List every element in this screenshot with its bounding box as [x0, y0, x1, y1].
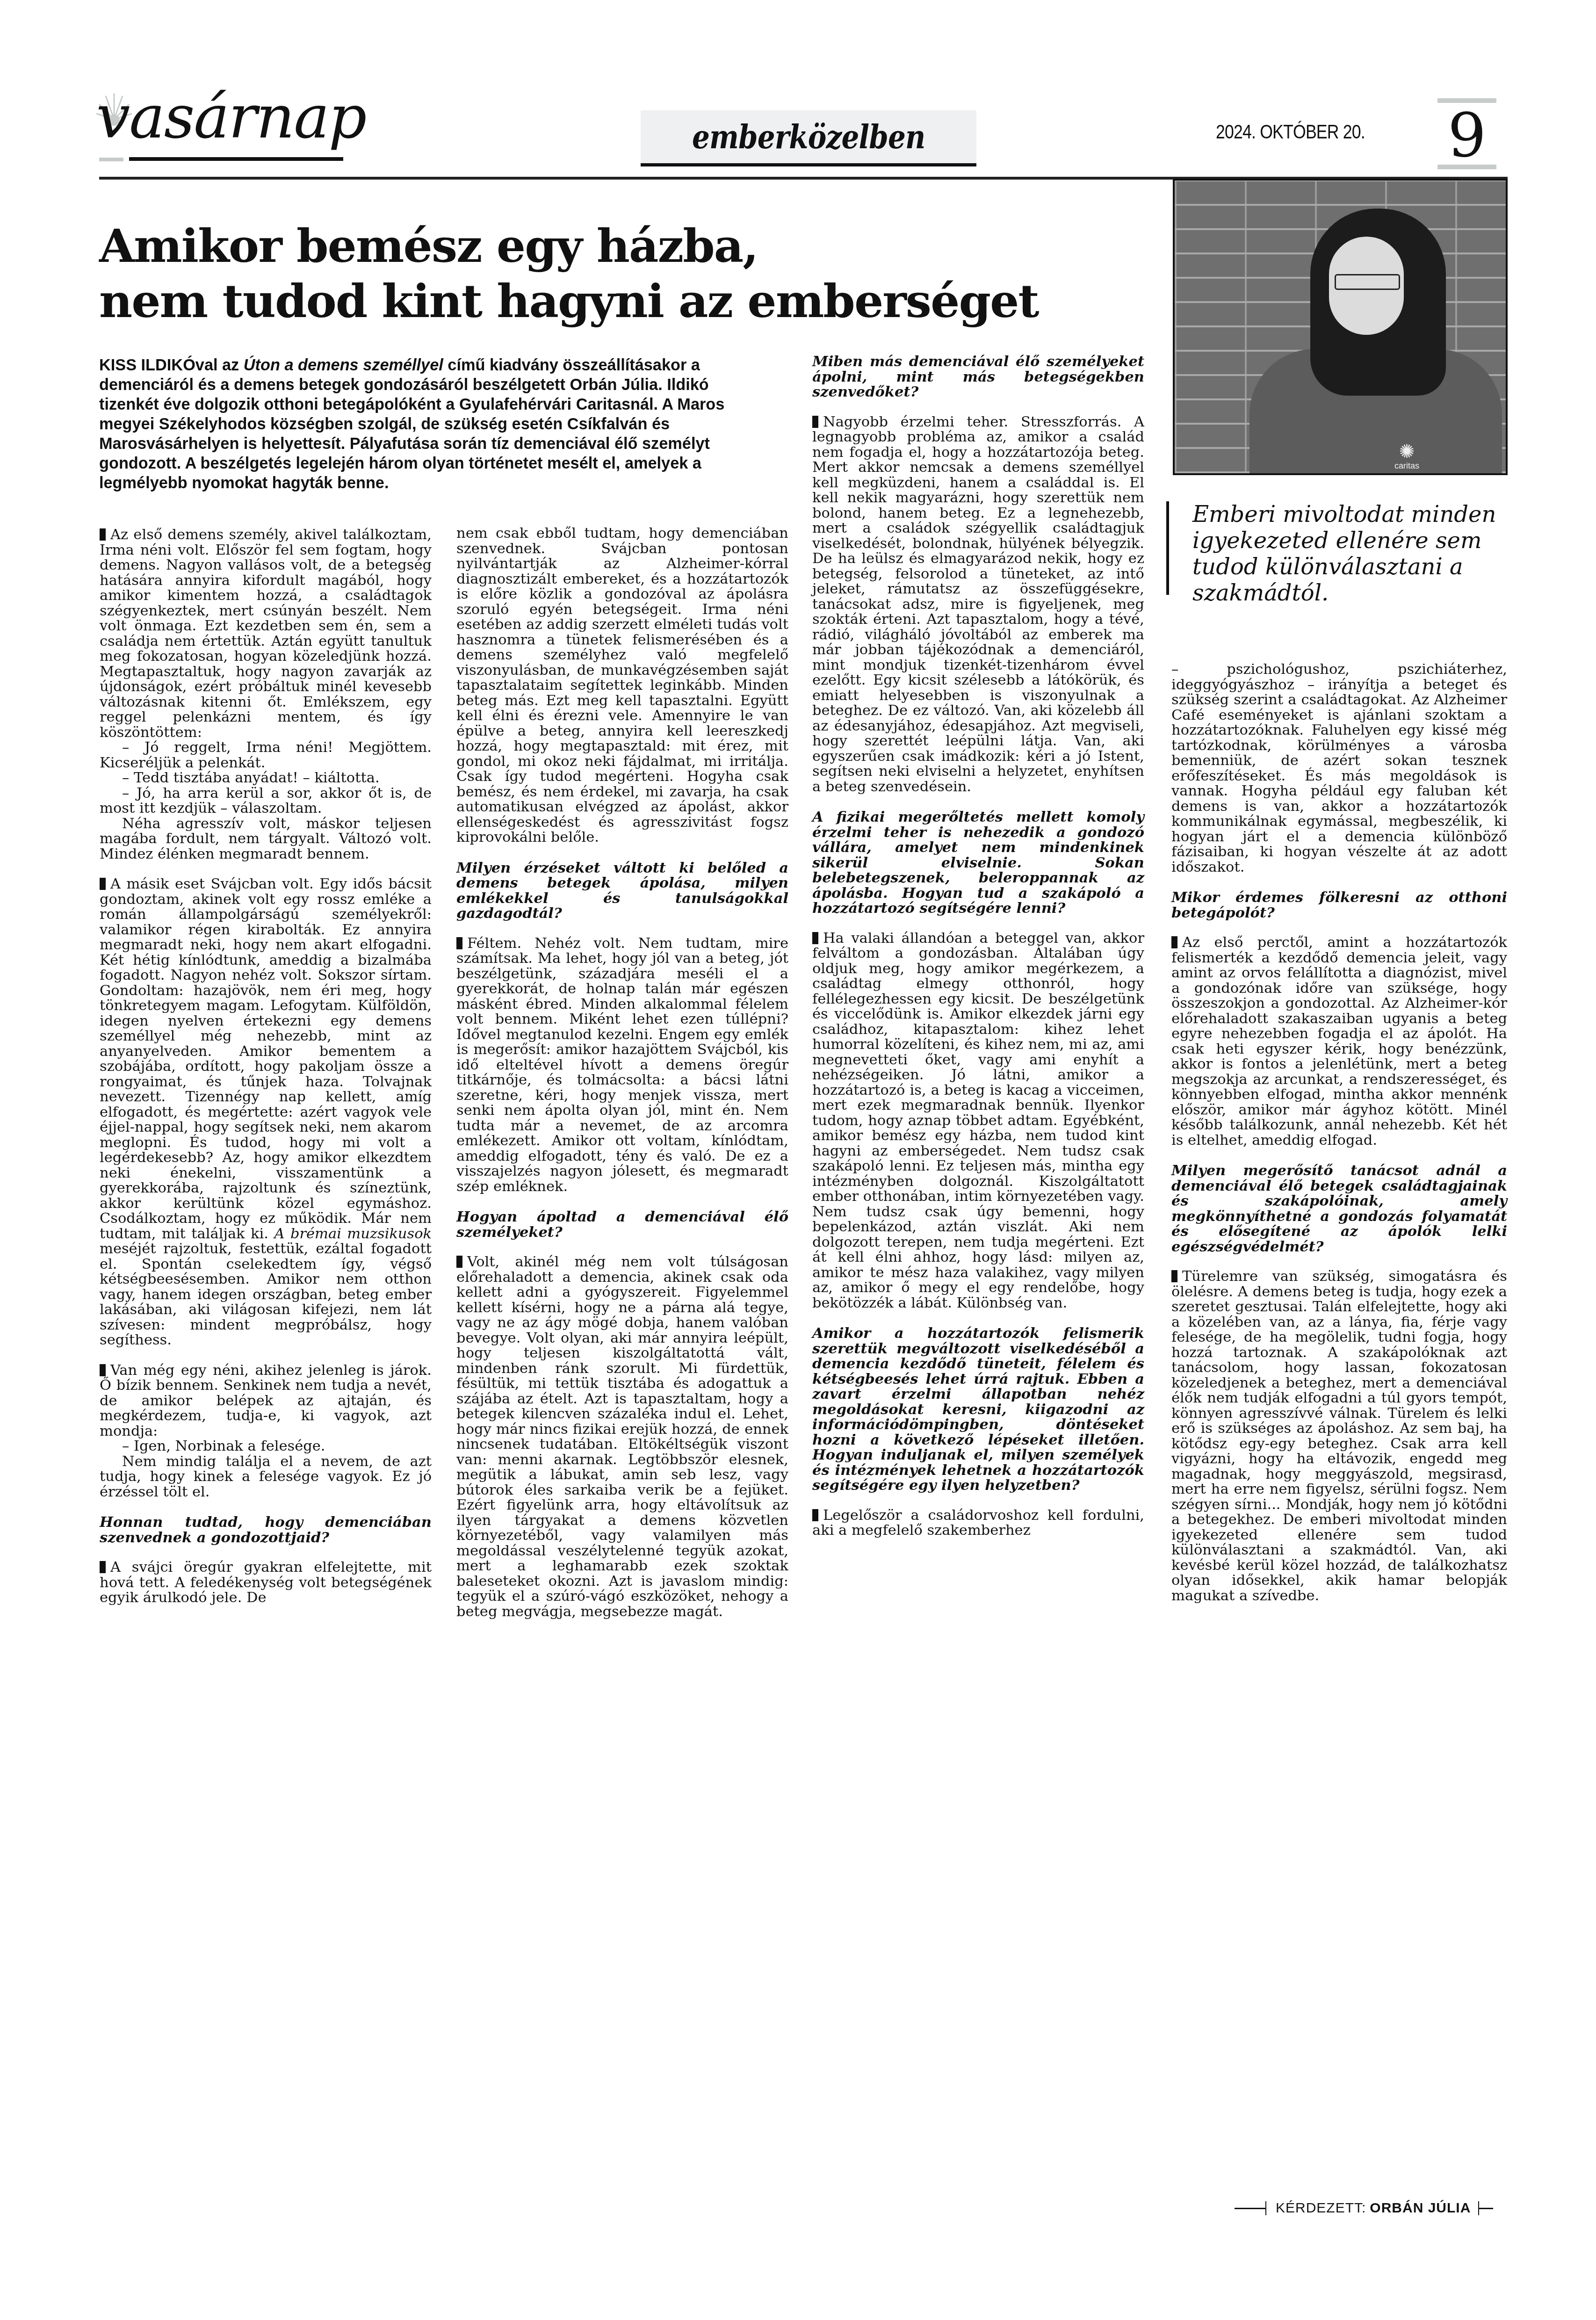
interview-question: Miben más demenciával élő személyeket áp…	[812, 354, 1144, 400]
article-column-2: nem csak ebből tudtam, hogy demenciában …	[456, 526, 788, 1619]
answer-marker-icon	[1171, 1270, 1177, 1282]
page-number-box: 9	[1437, 98, 1496, 169]
logo-wordmark: vasárnap	[96, 87, 366, 147]
masthead: vasárnap emberközelben 2024. OKTÓBER 20.…	[0, 0, 1596, 168]
answer-continued: nem csak ebből tudtam, hogy demenciában …	[456, 526, 788, 846]
lead-book-title: Úton a demens személlyel	[244, 356, 443, 374]
answer-marker-icon	[100, 528, 106, 541]
interview-question: A fizikai megerőltetés mellett komoly ér…	[812, 809, 1144, 916]
answer: A svájci öregúr gyakran elfelejtette, mi…	[100, 1560, 432, 1606]
answer: Türelemre van szükség, simogatásra és öl…	[1171, 1269, 1507, 1604]
dialogue-line: – Tedd tisztába anyádat! – kiáltotta.	[100, 771, 432, 786]
lead-prefix: KISS ILDIKÓval az	[99, 356, 244, 374]
interview-question: Honnan tudtad, hogy demenciában szenvedn…	[100, 1515, 432, 1545]
answer-marker-icon	[456, 937, 462, 949]
caritas-logo-text: caritas	[1394, 461, 1419, 470]
interview-question: Milyen megerősítő tanácsot adnál a demen…	[1171, 1163, 1507, 1254]
pull-quote-text: Emberi mivoltodat minden igyekezeted ell…	[1192, 501, 1503, 606]
answer-marker-icon	[456, 1256, 462, 1268]
byline-pipe-left	[1265, 2201, 1266, 2215]
paragraph: Az első demens személy, akivel találkozt…	[100, 528, 432, 740]
paragraph: Nem mindig találja el a nevem, de azt tu…	[100, 1454, 432, 1500]
interview-question: Mikor érdemes fölkeresni az otthoni bete…	[1171, 890, 1507, 920]
pull-quote: Emberi mivoltodat minden igyekezeted ell…	[1166, 501, 1503, 595]
answer: Ha valaki állandóan a beteggel van, akko…	[812, 931, 1144, 1311]
page-number: 9	[1437, 105, 1496, 166]
answer-marker-icon	[812, 932, 818, 944]
story-title: A brémai muzsikusok	[274, 1226, 432, 1242]
logo-rule	[129, 157, 343, 161]
interview-question: Milyen érzéseket váltott ki belőled a de…	[456, 860, 788, 921]
article-headline: Amikor bemész egy házba, nem tudod kint …	[99, 219, 1156, 329]
byline-author: ORBÁN JÚLIA	[1370, 2200, 1471, 2216]
answer: Féltem. Nehéz volt. Nem tudtam, mire szá…	[456, 936, 788, 1195]
article-lead: KISS ILDIKÓval az Úton a demens személly…	[99, 355, 771, 493]
answer-marker-icon	[100, 1561, 106, 1573]
answer-continued: – pszichológushoz, pszichiáterhez, idegg…	[1171, 662, 1507, 875]
dialogue-line: – Jó, ha arra kerül a sor, akkor őt is, …	[100, 786, 432, 817]
interviewee-photo[interactable]: ✺ caritas	[1173, 179, 1508, 475]
section-label-text: emberközelben	[692, 117, 925, 156]
interview-question: Amikor a hozzátartozók felismerik szeret…	[812, 1326, 1144, 1493]
byline-rule-right	[1479, 2208, 1493, 2209]
interview-question: Hogyan ápoltad a demenciával élő személy…	[456, 1209, 788, 1240]
dialogue-line: – Jó reggelt, Irma néni! Megjöttem. Kics…	[100, 740, 432, 771]
section-label[interactable]: emberközelben	[641, 110, 976, 166]
answer: Az első perctől, amint a hozzátartozók f…	[1171, 935, 1507, 1148]
lead-rest: című kiadvány összeállításakor a demenci…	[99, 356, 724, 492]
answer-marker-icon	[812, 416, 818, 428]
byline-label: KÉRDEZETT:	[1276, 2200, 1366, 2216]
publication-date: 2024. OKTÓBER 20.	[1216, 121, 1365, 143]
paragraph: A másik eset Svájcban volt. Egy idős bác…	[100, 877, 432, 1348]
headline-line-1: Amikor bemész egy házba,	[99, 219, 1156, 274]
page-number-rule-bottom	[1437, 165, 1496, 169]
paragraph: Van még egy néni, akihez jelenleg is jár…	[100, 1363, 432, 1439]
answer-marker-icon	[100, 1364, 106, 1376]
answer: Nagyobb érzelmi teher. Stresszforrás. A …	[812, 415, 1144, 795]
byline-rule-left	[1235, 2208, 1265, 2209]
dialogue-line: – Igen, Norbinak a felesége.	[100, 1439, 432, 1454]
answer: Volt, akinél még nem volt túlságosan elő…	[456, 1255, 788, 1619]
glasses-icon	[1335, 274, 1400, 290]
answer-marker-icon	[812, 1509, 818, 1521]
headline-line-2: nem tudod kint hagyni az emberséget	[99, 274, 1156, 329]
byline: KÉRDEZETT: ORBÁN JÚLIA	[1235, 2199, 1515, 2218]
newspaper-logo[interactable]: vasárnap	[94, 96, 346, 161]
caritas-logo: ✺ caritas	[1394, 442, 1419, 471]
logo-rule-accent	[99, 158, 123, 161]
article-column-4: – pszichológushoz, pszichiáterhez, idegg…	[1171, 662, 1507, 1604]
paragraph: Néha agresszív volt, máskor teljesen mag…	[100, 817, 432, 862]
answer: Legelőször a családorvoshoz kell forduln…	[812, 1508, 1144, 1539]
caritas-star-icon: ✺	[1394, 442, 1419, 461]
answer-marker-icon	[1171, 936, 1177, 948]
article-column-1: Az első demens személy, akivel találkozt…	[100, 528, 432, 1606]
article-column-3: Miben más demenciával élő személyeket áp…	[812, 354, 1144, 1539]
answer-marker-icon	[100, 878, 106, 890]
